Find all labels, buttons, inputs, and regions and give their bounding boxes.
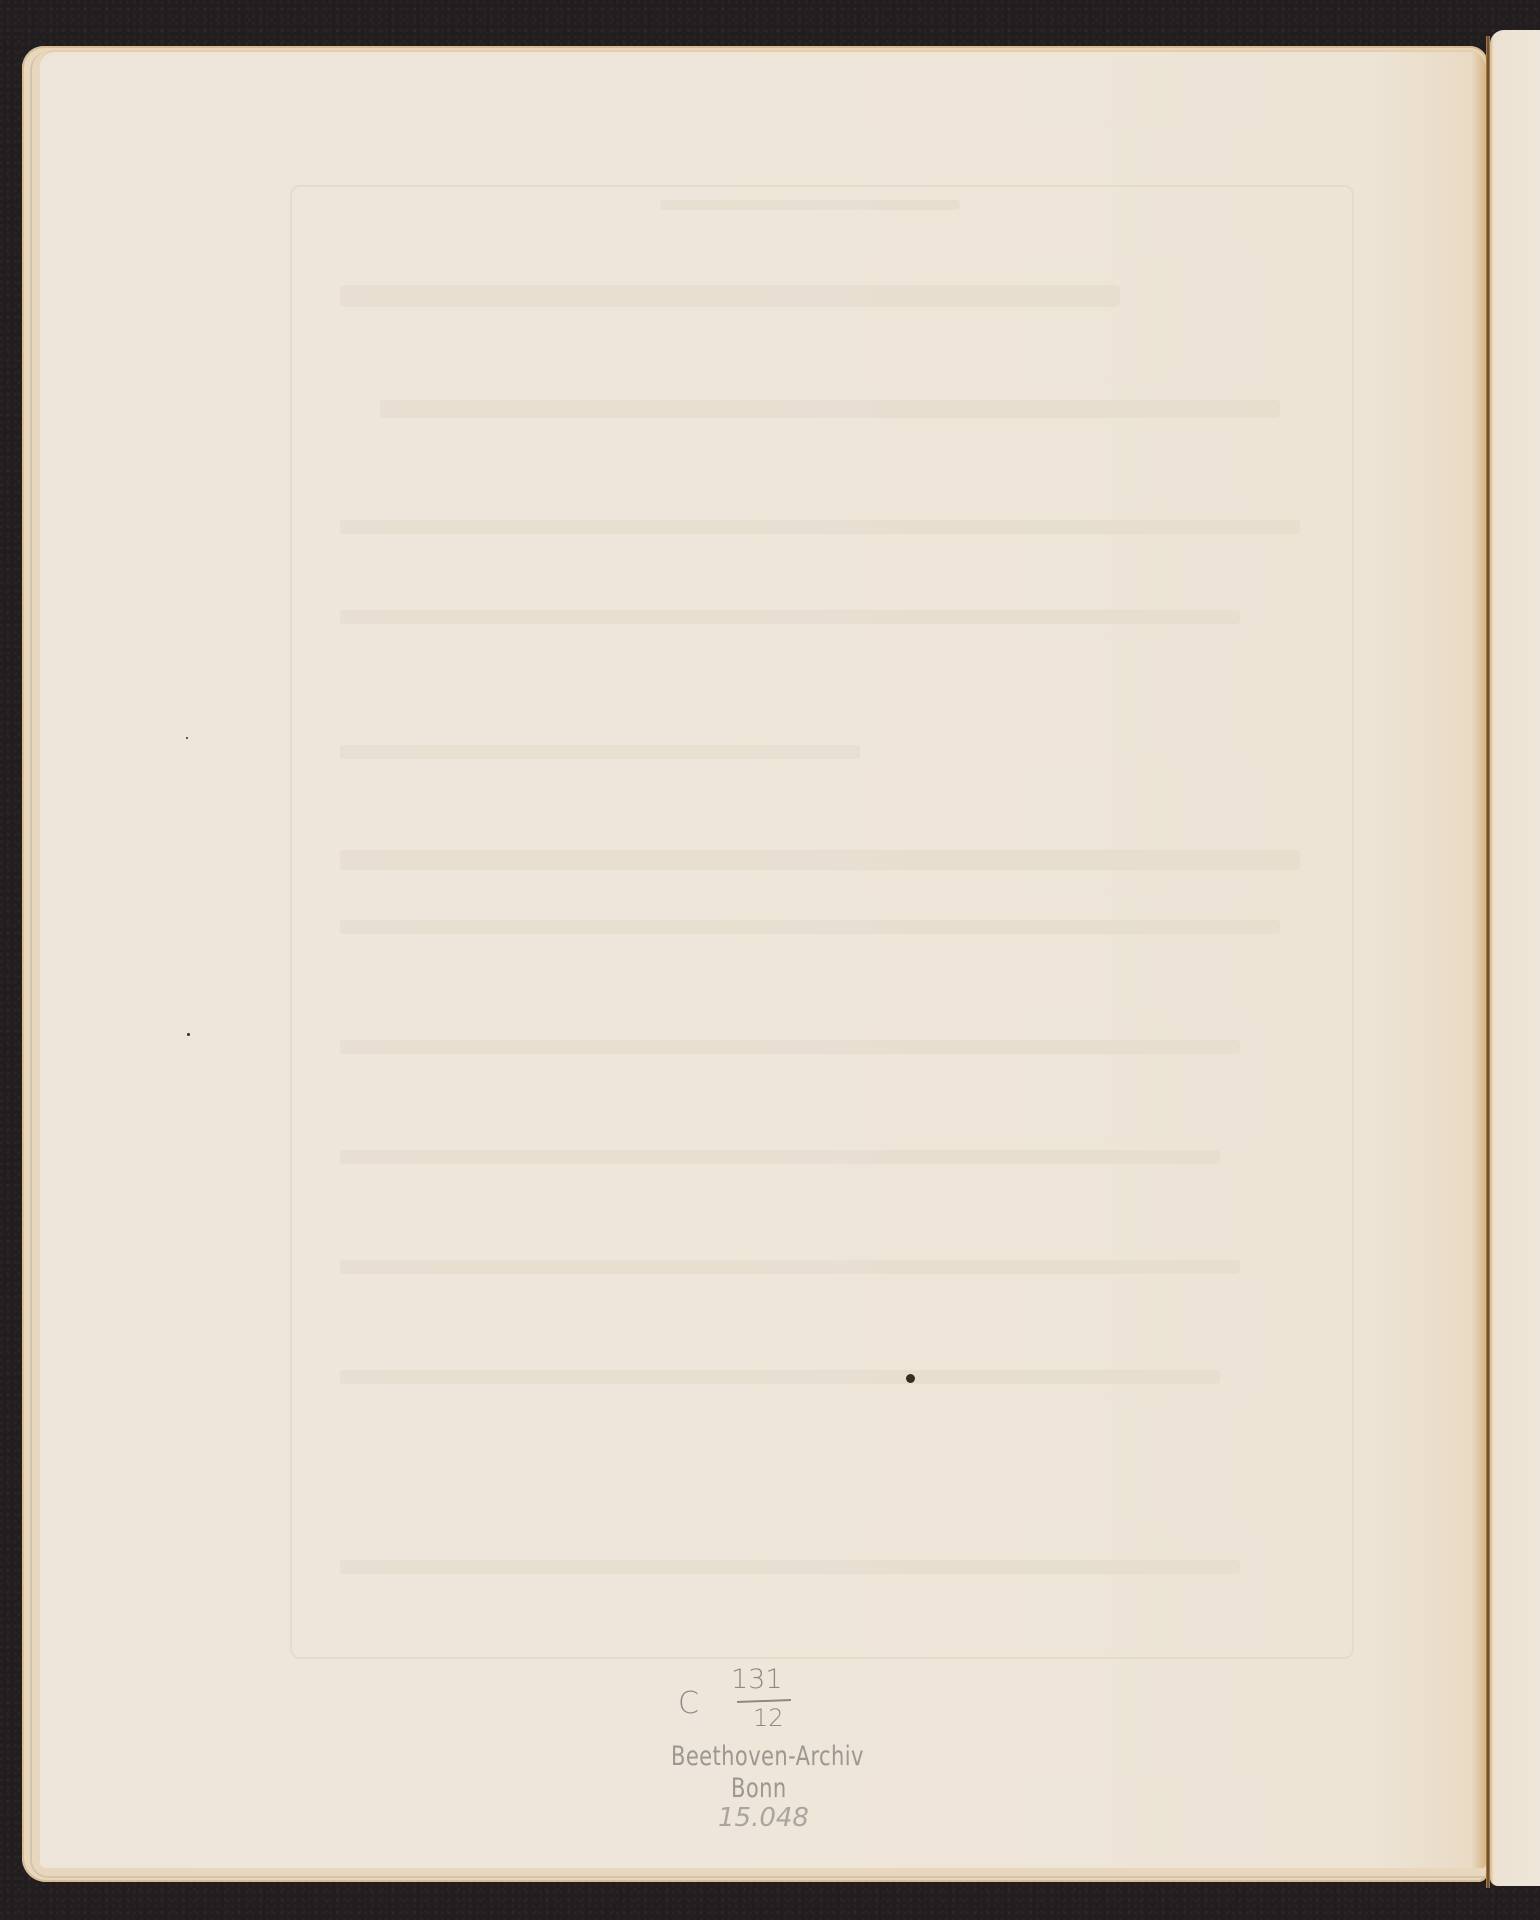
show-through-line	[380, 400, 1280, 418]
archive-stamp-city: Bonn	[731, 1773, 787, 1804]
show-through-line	[340, 610, 1240, 624]
show-through-line	[340, 1260, 1240, 1274]
archive-stamp-name: Beethoven-Archiv	[671, 1741, 864, 1772]
ink-speck	[906, 1374, 915, 1383]
show-through-line	[340, 520, 1300, 534]
shelfmark-denominator: 12	[753, 1704, 784, 1732]
ink-speck	[186, 737, 188, 739]
shelfmark-numerator: 131	[731, 1664, 783, 1695]
facing-page-edge	[1490, 30, 1540, 1886]
show-through-line	[340, 1150, 1220, 1164]
inventory-number: 15.048	[718, 1803, 809, 1833]
show-through-line	[660, 200, 960, 210]
show-through-line	[340, 745, 860, 759]
show-through-line	[340, 1040, 1240, 1054]
show-through-line	[340, 850, 1300, 870]
show-through-line	[340, 1370, 1220, 1384]
show-through-line	[340, 285, 1120, 307]
show-through-line	[340, 1560, 1240, 1574]
show-through-line	[340, 920, 1280, 934]
ink-speck	[187, 1033, 190, 1036]
shelfmark-letter: C	[678, 1686, 699, 1721]
